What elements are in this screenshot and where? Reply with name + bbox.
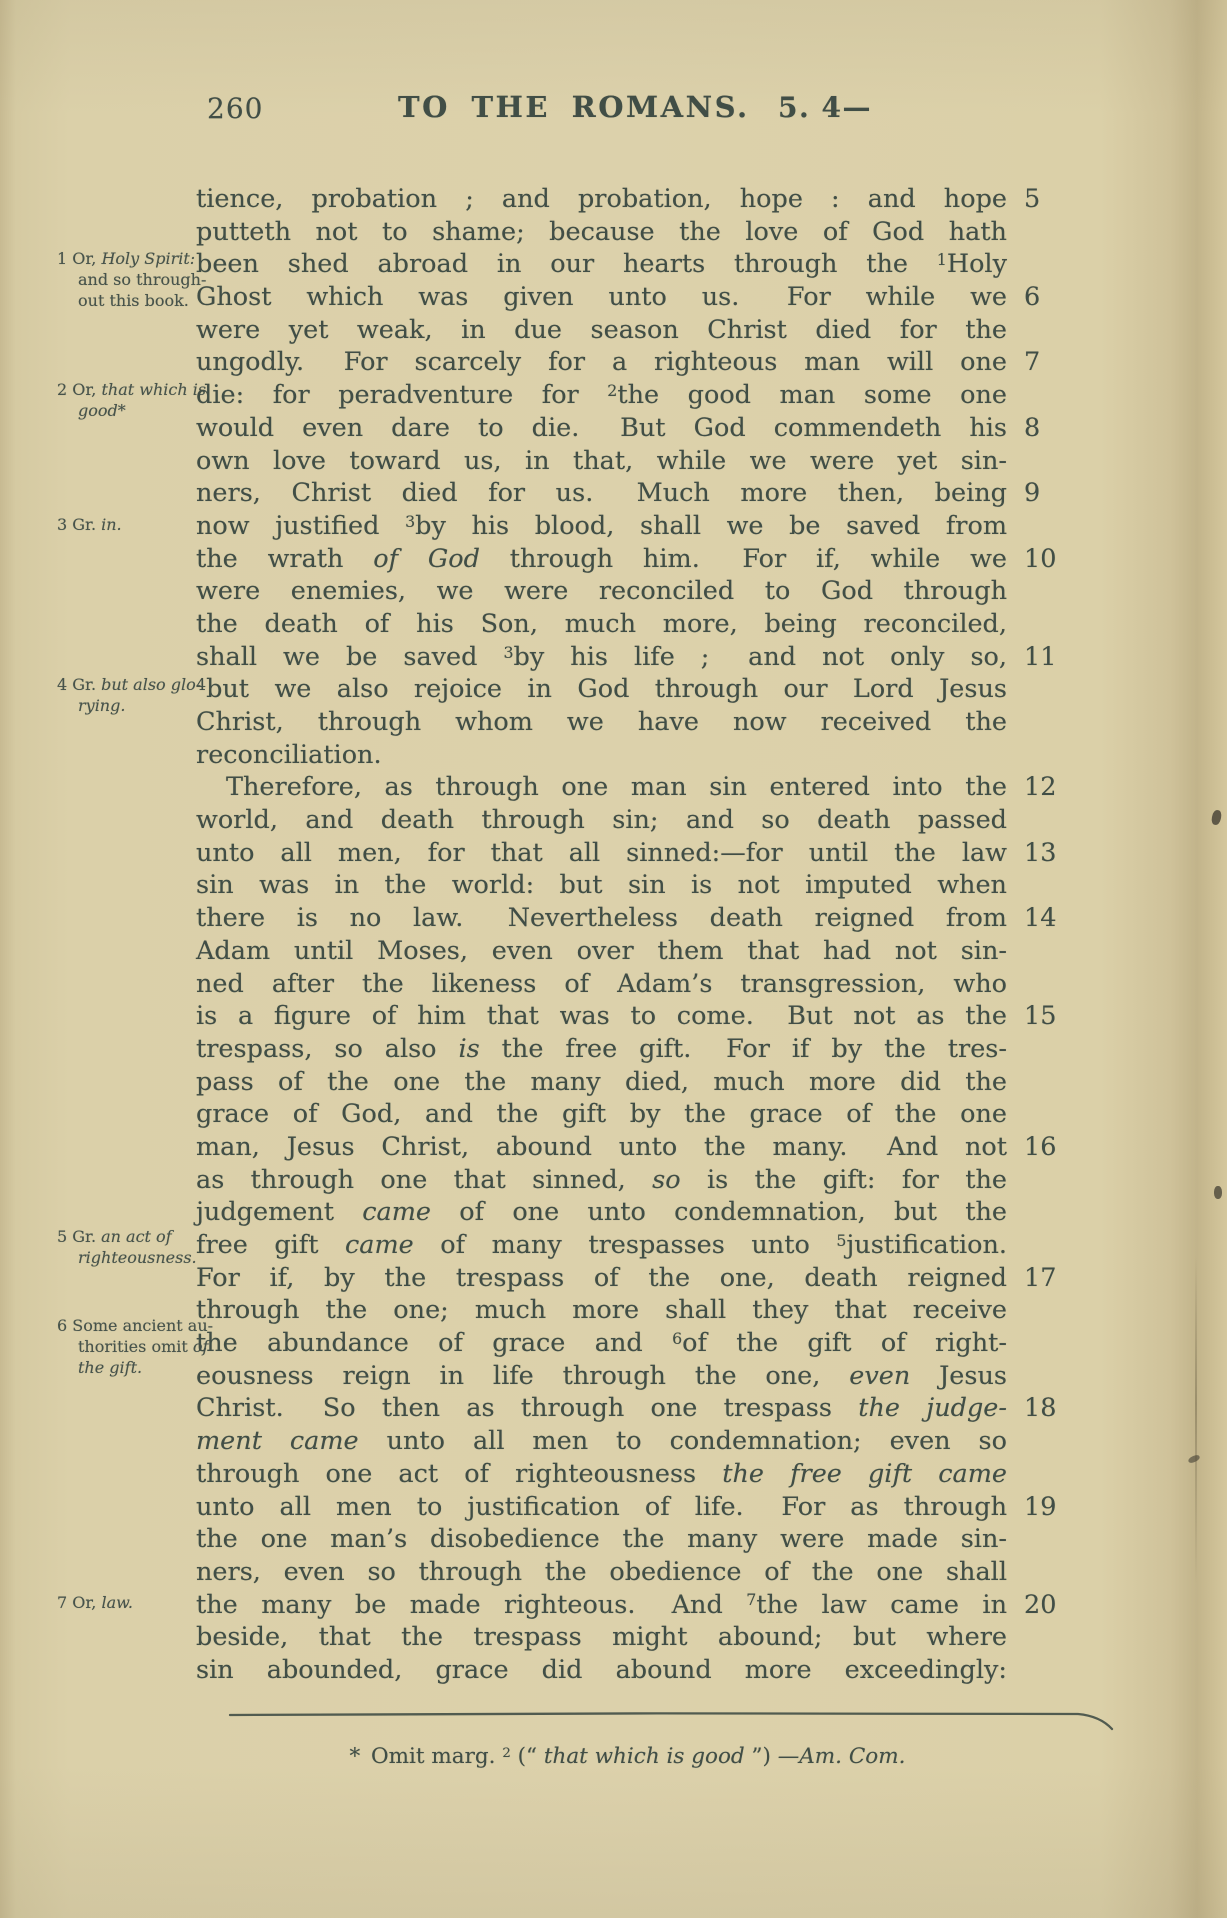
italic-text: is [458, 1034, 479, 1064]
italic-text: came [345, 1230, 414, 1260]
text-line: ment came unto all men to condemnation; … [196, 1425, 1076, 1458]
margin-note: 2 Or, that which isgood* [57, 379, 213, 421]
text-segment: Christ. So then as through one trespass [196, 1393, 858, 1423]
text-line-content: the abundance of grace and 6of the gift … [196, 1327, 1007, 1363]
text-segment: unto all men to condemnation; even so [359, 1426, 1007, 1456]
text-line: tience, probation ; and probation, hope … [196, 183, 1076, 216]
italic-text: so [652, 1165, 680, 1195]
text-line-content: Ghost which was given unto us. For while… [196, 281, 1007, 314]
text-line: were yet weak, in due season Christ died… [196, 314, 1076, 347]
text-segment: the abundance of grace and [196, 1328, 672, 1358]
text-segment: by his blood, shall we be saved from [415, 511, 1007, 541]
text-line-content: beside, that the trespass might abound; … [196, 1621, 1007, 1654]
margin-note: 4 Gr. but also glo-rying. [57, 674, 213, 716]
text-line: sin was in the world: but sin is not imp… [196, 869, 1076, 902]
italic-text: ment came [196, 1426, 359, 1456]
text-segment: and so through- [78, 270, 206, 289]
italic-text: but also glo- [101, 675, 201, 694]
text-line: grace of God, and the gift by the grace … [196, 1098, 1076, 1131]
text-line-content: putteth not to shame; because the love o… [196, 216, 1007, 249]
text-segment: the wrath [196, 544, 373, 574]
text-segment: ners, Christ died for us. Much more then… [196, 478, 1007, 508]
text-segment: 6 Some ancient au- [57, 1316, 213, 1335]
text-line: were enemies, we were reconciled to God … [196, 575, 1076, 608]
text-segment: were enemies, we were reconciled to God … [196, 576, 1007, 606]
note-superscript: 3 [503, 643, 513, 662]
margin-note-line: 4 Gr. but also glo- [57, 674, 213, 695]
text-segment: shall we be saved [196, 642, 503, 672]
text-line-content: through the one; much more shall they th… [196, 1294, 1007, 1327]
text-line-content: sin was in the world: but sin is not imp… [196, 869, 1007, 902]
text-segment: the death of his Son, much more, being r… [196, 609, 1007, 639]
verse-number: 15 [1007, 1001, 1076, 1031]
text-segment: 5 Gr. [57, 1227, 101, 1246]
footnote-rule [228, 1706, 1123, 1736]
text-segment: Christ, through whom we have now receive… [196, 707, 1007, 737]
scripture-text-column: tience, probation ; and probation, hope … [196, 183, 1076, 1687]
text-line: eousness reign in life through the one, … [196, 1360, 1076, 1393]
text-segment: pass of the one the many died, much more… [196, 1067, 1007, 1097]
text-line: ners, Christ died for us. Much more then… [196, 477, 1076, 510]
margin-note-line: out this book. [57, 290, 213, 311]
text-line-content: there is no law. Nevertheless death reig… [196, 902, 1007, 935]
margin-note: 3 Gr. in. [57, 514, 213, 535]
text-segment: putteth not to shame; because the love o… [196, 217, 1007, 247]
margin-note-line: 5 Gr. an act of [57, 1226, 213, 1247]
text-segment: the one man’s disobedience the many were… [196, 1524, 1007, 1554]
page-edge-ink-mark [1211, 809, 1223, 826]
text-segment: beside, that the trespass might abound; … [196, 1622, 1007, 1652]
page-header: 260 TO THE ROMANS. 5. 4— [0, 0, 1227, 140]
text-line: ners, even so through the obedience of t… [196, 1556, 1076, 1589]
text-segment: Jesus [910, 1361, 1007, 1391]
text-line-content: ment came unto all men to condemnation; … [196, 1425, 1007, 1458]
italic-text: the judge- [858, 1393, 1007, 1423]
running-title: TO THE ROMANS. [398, 90, 750, 124]
text-line-content: would even dare to die. But God commende… [196, 412, 1007, 445]
text-line-content: were yet weak, in due season Christ died… [196, 314, 1007, 347]
text-segment: tience, probation ; and probation, hope … [196, 184, 1007, 214]
note-superscript: 1 [937, 250, 947, 269]
text-line-content: free gift came of many trespasses unto 5… [196, 1229, 1007, 1265]
text-segment: the many be made righteous. And [196, 1590, 746, 1620]
text-segment: reconciliation. [196, 740, 382, 770]
text-line-content: the wrath of God through him. For if, wh… [196, 543, 1007, 576]
text-segment: die: for peradventure for [196, 380, 607, 410]
text-line-content: tience, probation ; and probation, hope … [196, 183, 1007, 216]
text-line: own love toward us, in that, while we we… [196, 445, 1076, 478]
text-segment: but we also rejoice in God through our L… [206, 674, 1007, 704]
note-superscript: 7 [746, 1590, 756, 1609]
margin-note-line: rying. [57, 695, 213, 716]
page-edge-ink-mark [1214, 1186, 1222, 1199]
italic-text: law. [101, 1593, 133, 1612]
text-segment: as through one that sinned, [196, 1165, 652, 1195]
verse-number: 17 [1007, 1263, 1076, 1293]
margin-note-line: 3 Gr. in. [57, 514, 213, 535]
text-line-content: through one act of righteousness the fre… [196, 1458, 1007, 1491]
text-segment: of many trespasses unto [414, 1230, 837, 1260]
text-line: now justified 3by his blood, shall we be… [196, 510, 1076, 543]
text-segment: sin abounded, grace did abound more exce… [196, 1655, 1007, 1685]
text-line-content: man, Jesus Christ, abound unto the many.… [196, 1131, 1007, 1164]
text-segment: Therefore, as through one man sin entere… [226, 772, 1007, 802]
note-superscript: 2 [502, 1746, 510, 1761]
text-segment: thorities omit [78, 1337, 193, 1356]
verse-number: 18 [1007, 1393, 1076, 1423]
verse-number: 11 [1007, 642, 1076, 672]
text-line-content: eousness reign in life through the one, … [196, 1360, 1007, 1393]
text-line: unto all men, for that all sinned:—for u… [196, 837, 1076, 870]
text-segment: 2 Or, [57, 380, 101, 399]
text-segment: 4 Gr. [57, 675, 101, 694]
text-segment: trespass, so also [196, 1034, 458, 1064]
text-line: shall we be saved 3by his life ; and not… [196, 641, 1076, 674]
text-segment: world, and death through sin; and so dea… [196, 805, 1007, 835]
italic-text: in. [101, 515, 122, 534]
margin-note: 6 Some ancient au-thorities omit ofthe g… [57, 1315, 213, 1378]
text-segment: For if, by the trespass of the one, deat… [196, 1263, 1007, 1293]
text-line: unto all men to justification of life. F… [196, 1491, 1076, 1524]
text-segment: through one act of righteousness [196, 1459, 722, 1489]
text-segment: of the gift of right- [682, 1328, 1007, 1358]
verse-number: 5 [1007, 184, 1076, 214]
text-segment: free gift [196, 1230, 345, 1260]
text-line-content: the one man’s disobedience the many were… [196, 1523, 1007, 1556]
verse-number: 6 [1007, 282, 1076, 312]
text-line-content: now justified 3by his blood, shall we be… [196, 510, 1007, 546]
text-line-content: sin abounded, grace did abound more exce… [196, 1654, 1007, 1687]
text-segment: 7 Or, [57, 1593, 101, 1612]
text-segment: the good man some one [617, 380, 1007, 410]
italic-text: an act of [101, 1227, 172, 1246]
italic-text: the free gift came [722, 1459, 1007, 1489]
american-committee-footnote: * Omit marg. 2 (“ that which is good ”) … [255, 1744, 1000, 1769]
text-line-content: shall we be saved 3by his life ; and not… [196, 641, 1007, 677]
text-segment: the law came in [756, 1590, 1007, 1620]
text-line: Christ. So then as through one trespass … [196, 1392, 1076, 1425]
text-line-content: as through one that sinned, so is the gi… [196, 1164, 1007, 1197]
text-line: would even dare to die. But God commende… [196, 412, 1076, 445]
italic-text: rying. [78, 696, 125, 715]
margin-note-line: thorities omit of [57, 1336, 213, 1357]
text-line: die: for peradventure for 2the good man … [196, 379, 1076, 412]
text-line: the death of his Son, much more, being r… [196, 608, 1076, 641]
text-line: the one man’s disobedience the many were… [196, 1523, 1076, 1556]
text-line: trespass, so also is the free gift. For … [196, 1033, 1076, 1066]
text-line-content: Therefore, as through one man sin entere… [196, 771, 1007, 804]
italic-text: that which is good [544, 1744, 745, 1769]
margin-note-line: 7 Or, law. [57, 1592, 213, 1613]
margin-note-line: and so through- [57, 269, 213, 290]
italic-text: good* [78, 401, 126, 420]
italic-text: that which is [101, 380, 206, 399]
margin-note-line: good* [57, 400, 213, 421]
text-line: the abundance of grace and 6of the gift … [196, 1327, 1076, 1360]
text-line: sin abounded, grace did abound more exce… [196, 1654, 1076, 1687]
text-line-content: Adam until Moses, even over them that ha… [196, 935, 1007, 968]
text-segment: ”) [745, 1744, 778, 1769]
text-line-content: unto all men, for that all sinned:—for u… [196, 837, 1007, 870]
margin-note-line: 6 Some ancient au- [57, 1315, 213, 1336]
text-line: For if, by the trespass of the one, deat… [196, 1262, 1076, 1295]
verse-number: 10 [1007, 544, 1076, 574]
text-segment: the free gift. For if by the tres- [480, 1034, 1007, 1064]
text-line: pass of the one the many died, much more… [196, 1066, 1076, 1099]
book-page: 260 TO THE ROMANS. 5. 4— 1 Or, Holy Spir… [0, 0, 1227, 1918]
text-line-content: judgement came of one unto condemnation,… [196, 1196, 1007, 1229]
chapter-verse-reference: 5. 4— [778, 91, 872, 124]
text-line: Therefore, as through one man sin entere… [196, 771, 1076, 804]
text-line: putteth not to shame; because the love o… [196, 216, 1076, 249]
text-line: free gift came of many trespasses unto 5… [196, 1229, 1076, 1262]
verse-number: 7 [1007, 347, 1076, 377]
text-line-content: Christ. So then as through one trespass … [196, 1392, 1007, 1425]
italic-text: —Am. Com. [778, 1744, 906, 1769]
text-line: as through one that sinned, so is the gi… [196, 1164, 1076, 1197]
margin-note-line: righteousness. [57, 1247, 213, 1268]
text-segment: grace of God, and the gift by the grace … [196, 1099, 1007, 1129]
text-line-content: were enemies, we were reconciled to God … [196, 575, 1007, 608]
text-line-content: ners, even so through the obedience of t… [196, 1556, 1007, 1589]
text-line-content: unto all men to justification of life. F… [196, 1491, 1007, 1524]
text-segment: is a figure of him that was to come. But… [196, 1001, 1007, 1031]
text-segment: were yet weak, in due season Christ died… [196, 315, 1007, 345]
verse-number: 20 [1007, 1590, 1076, 1620]
italic-text: righteousness. [78, 1248, 197, 1267]
margin-note-line: 1 Or, Holy Spirit: [57, 248, 213, 269]
text-line: reconciliation. [196, 739, 1076, 772]
margin-note: 1 Or, Holy Spirit:and so through-out thi… [57, 248, 213, 311]
text-segment: Ghost which was given unto us. For while… [196, 282, 1007, 312]
verse-number: 13 [1007, 838, 1076, 868]
margin-note: 5 Gr. an act ofrighteousness. [57, 1226, 213, 1268]
text-line: ned after the likeness of Adam’s transgr… [196, 968, 1076, 1001]
page-edge-ink-mark [1187, 1454, 1200, 1465]
text-line: judgement came of one unto condemnation,… [196, 1196, 1076, 1229]
text-line: beside, that the trespass might abound; … [196, 1621, 1076, 1654]
text-line-content: the many be made righteous. And 7the law… [196, 1589, 1007, 1625]
text-line-content: ners, Christ died for us. Much more then… [196, 477, 1007, 510]
text-segment: 1 Or, [57, 249, 101, 268]
note-superscript: 5 [836, 1231, 846, 1250]
text-line: Adam until Moses, even over them that ha… [196, 935, 1076, 968]
text-line-content: grace of God, and the gift by the grace … [196, 1098, 1007, 1131]
text-line: the wrath of God through him. For if, wh… [196, 543, 1076, 576]
text-segment: unto all men to justification of life. F… [196, 1492, 1007, 1522]
text-line-content: For if, by the trespass of the one, deat… [196, 1262, 1007, 1295]
text-line: through the one; much more shall they th… [196, 1294, 1076, 1327]
verse-number: 9 [1007, 478, 1076, 508]
text-line-content: Christ, through whom we have now receive… [196, 706, 1007, 739]
text-segment: of one unto condemnation, but the [431, 1197, 1007, 1227]
text-line: there is no law. Nevertheless death reig… [196, 902, 1076, 935]
text-line: through one act of righteousness the fre… [196, 1458, 1076, 1491]
text-segment: 3 Gr. [57, 515, 101, 534]
text-line-content: been shed abroad in our hearts through t… [196, 248, 1007, 284]
text-segment: judgement [196, 1197, 362, 1227]
verse-number: 14 [1007, 903, 1076, 933]
text-line-content: is a figure of him that was to come. But… [196, 1000, 1007, 1033]
text-segment: own love toward us, in that, while we we… [196, 446, 1007, 476]
italic-text: of God [373, 544, 480, 574]
text-line: the many be made righteous. And 7the law… [196, 1589, 1076, 1622]
verse-number: 8 [1007, 413, 1076, 443]
text-line: man, Jesus Christ, abound unto the many.… [196, 1131, 1076, 1164]
text-segment: justification. [846, 1230, 1007, 1260]
verse-number: 12 [1007, 772, 1076, 802]
note-superscript: 3 [405, 512, 415, 531]
text-segment: by his life ; and not only so, [514, 642, 1007, 672]
italic-text: Holy Spirit: [101, 249, 195, 268]
text-segment: out this book. [78, 291, 189, 310]
margin-note-line: 2 Or, that which is [57, 379, 213, 400]
text-segment: (“ [511, 1744, 544, 1769]
text-segment: is the gift: for the [681, 1165, 1007, 1195]
text-line-content: die: for peradventure for 2the good man … [196, 379, 1007, 415]
text-segment: now justified [196, 511, 405, 541]
note-superscript: 2 [607, 381, 617, 400]
italic-text: the gift. [78, 1358, 142, 1377]
text-segment: been shed abroad in our hearts through t… [196, 249, 937, 279]
text-line-content: ungodly. For scarcely for a righteous ma… [196, 346, 1007, 379]
text-line-content: ned after the likeness of Adam’s transgr… [196, 968, 1007, 1001]
text-line: world, and death through sin; and so dea… [196, 804, 1076, 837]
italic-text: even [849, 1361, 910, 1391]
note-superscript: 4 [196, 675, 206, 694]
text-segment: through the one; much more shall they th… [196, 1295, 1007, 1325]
text-line-content: pass of the one the many died, much more… [196, 1066, 1007, 1099]
margin-note: 7 Or, law. [57, 1592, 213, 1613]
text-segment: Adam until Moses, even over them that ha… [196, 936, 1007, 966]
text-segment: Holy [947, 249, 1007, 279]
text-line-content: reconciliation. [196, 739, 1007, 772]
text-line-content: 4but we also rejoice in God through our … [196, 673, 1007, 709]
text-segment: sin was in the world: but sin is not imp… [196, 870, 1007, 900]
note-superscript: 6 [672, 1329, 682, 1348]
text-segment: there is no law. Nevertheless death reig… [196, 903, 1007, 933]
text-line-content: the death of his Son, much more, being r… [196, 608, 1007, 641]
text-segment: man, Jesus Christ, abound unto the many.… [196, 1132, 1007, 1162]
text-line-content: own love toward us, in that, while we we… [196, 445, 1007, 478]
text-line-content: trespass, so also is the free gift. For … [196, 1033, 1007, 1066]
text-segment: through him. For if, while we [480, 544, 1007, 574]
page-crease [1195, 1255, 1197, 1585]
text-segment: eousness reign in life through the one, [196, 1361, 849, 1391]
text-line: is a figure of him that was to come. But… [196, 1000, 1076, 1033]
text-segment: ners, even so through the obedience of t… [196, 1557, 1007, 1587]
italic-text: came [362, 1197, 431, 1227]
text-line: Ghost which was given unto us. For while… [196, 281, 1076, 314]
verse-number: 16 [1007, 1132, 1076, 1162]
verse-number: 19 [1007, 1492, 1076, 1522]
text-line: 4but we also rejoice in God through our … [196, 673, 1076, 706]
text-line: ungodly. For scarcely for a righteous ma… [196, 346, 1076, 379]
page-number: 260 [207, 92, 263, 125]
text-line: Christ, through whom we have now receive… [196, 706, 1076, 739]
margin-note-line: the gift. [57, 1357, 213, 1378]
text-segment: ned after the likeness of Adam’s transgr… [196, 969, 1007, 999]
text-segment: ungodly. For scarcely for a righteous ma… [196, 347, 1007, 377]
text-line-content: world, and death through sin; and so dea… [196, 804, 1007, 837]
text-segment: unto all men, for that all sinned:—for u… [196, 838, 1007, 868]
text-segment: * Omit marg. [350, 1744, 503, 1769]
text-segment: would even dare to die. But God commende… [196, 413, 1007, 443]
text-line: been shed abroad in our hearts through t… [196, 248, 1076, 281]
